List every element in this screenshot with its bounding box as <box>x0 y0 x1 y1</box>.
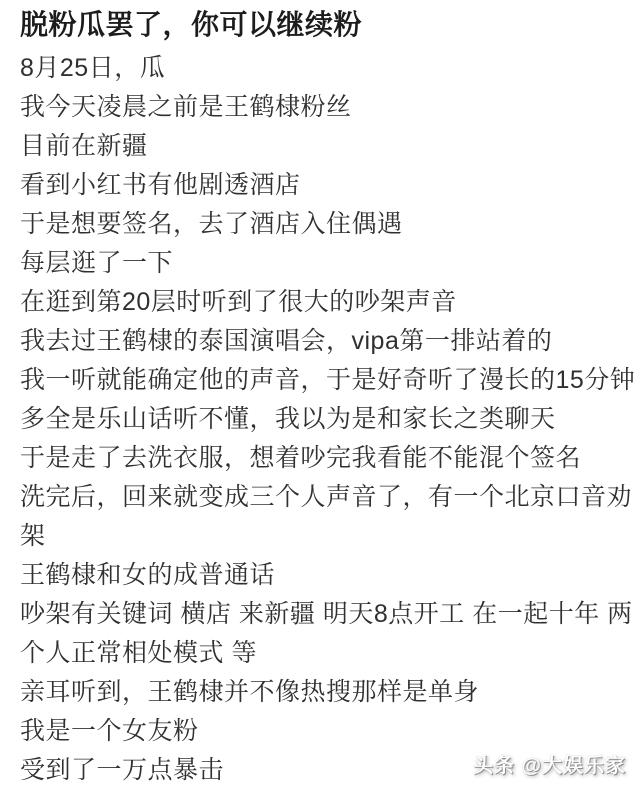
post-body: 8月25日，瓜 我今天凌晨之前是王鹤棣粉丝 目前在新疆 看到小红书有他剧透酒店 … <box>20 49 640 789</box>
post-line: 于是走了去洗衣服，想着吵完我看能不能混个签名 <box>20 439 640 478</box>
post-line: 于是想要签名，去了酒店入住偶遇 <box>20 205 640 244</box>
post-line: 我一听就能确定他的声音，于是好奇听了漫长的15分钟 <box>20 361 640 400</box>
toutiao-watermark: 头条 @大娱乐家 <box>473 749 626 778</box>
post-line: 吵架有关键词 横店 来新疆 明天8点开工 在一起十年 两 <box>20 595 640 634</box>
post-title: 脱粉瓜罢了，你可以继续粉 <box>20 5 628 45</box>
post-line: 洗完后，回来就变成三个人声音了，有一个北京口音劝 <box>20 478 640 517</box>
post-line: 多全是乐山话听不懂，我以为是和家长之类聊天 <box>20 400 640 439</box>
post-line: 我是一个女友粉 <box>20 712 640 751</box>
post-line: 8月25日，瓜 <box>20 49 640 88</box>
post-screenshot: 脱粉瓜罢了，你可以继续粉 8月25日，瓜 我今天凌晨之前是王鹤棣粉丝 目前在新疆… <box>0 0 640 789</box>
post-line: 在逛到第20层时听到了很大的吵架声音 <box>20 283 640 322</box>
post-line: 个人正常相处模式 等 <box>20 634 640 673</box>
post-line: 我去过王鹤棣的泰国演唱会，vipa第一排站着的 <box>20 322 640 361</box>
post-line: 看到小红书有他剧透酒店 <box>20 166 640 205</box>
post-line: 目前在新疆 <box>20 127 640 166</box>
post-line: 架 <box>20 517 640 556</box>
post-line: 我今天凌晨之前是王鹤棣粉丝 <box>20 88 640 127</box>
post-line: 每层逛了一下 <box>20 244 640 283</box>
post-line: 王鹤棣和女的成普通话 <box>20 556 640 595</box>
post-line: 亲耳听到，王鹤棣并不像热搜那样是单身 <box>20 673 640 712</box>
